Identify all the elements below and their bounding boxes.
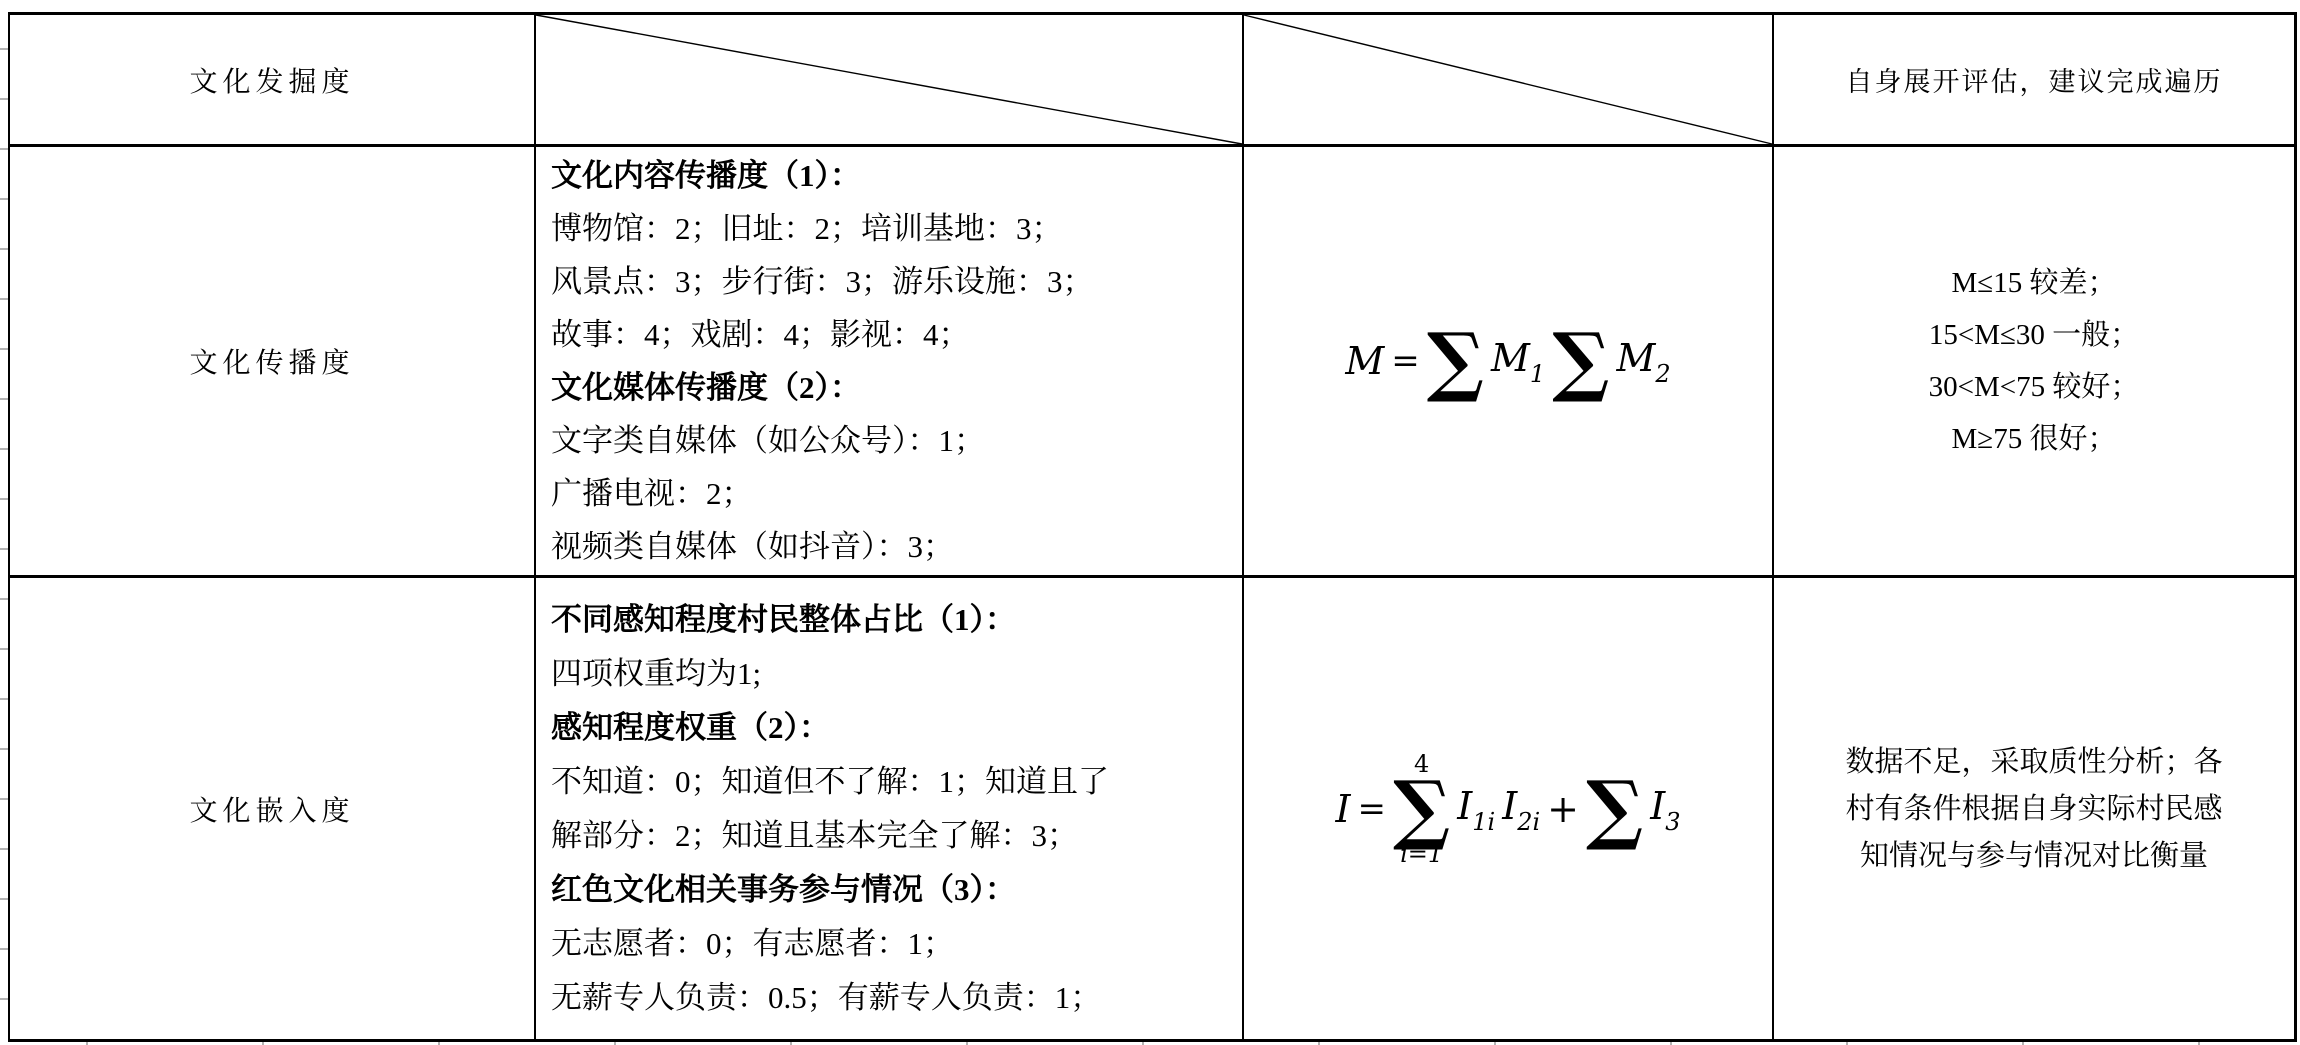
grade-line: 30<M<75 较好； — [1774, 361, 2294, 413]
criteria-line: 四项权重均为1; — [551, 647, 1242, 701]
grade-line: 15<M≤30 一般； — [1774, 309, 2294, 361]
row-divider-2 — [8, 575, 2297, 578]
formula-i-term1: I1i — [1457, 784, 1495, 834]
sigma-symbol: ∑ — [1393, 778, 1450, 840]
formula-m-equals: = — [1391, 341, 1420, 381]
criteria-line: 无志愿者：0；有志愿者：1； — [551, 917, 1242, 971]
criteria-line: 文化内容传播度（1）： — [551, 149, 1242, 202]
grade-line: M≤15 较差； — [1774, 257, 2294, 309]
diagonal-line-col3 — [1244, 15, 1772, 144]
criteria-line: 红色文化相关事务参与情况（3）： — [551, 863, 1242, 917]
formula-m-term2: M2 — [1616, 336, 1670, 386]
row1-indicator-label: 文化发掘度 — [189, 60, 354, 100]
sigma-symbol: ∑ — [1427, 330, 1484, 392]
row3-criteria-cell: 不同感知程度村民整体占比（1）： 四项权重均为1; 感知程度权重（2）： 不知道… — [536, 579, 1242, 1039]
criteria-line: 故事：4；戏剧：4；影视：4； — [551, 308, 1242, 361]
criteria-line: 不知道：0；知道但不了解：1；知道且了 — [551, 755, 1242, 809]
note-line: 知情况与参与情况对比衡量 — [1774, 833, 2294, 880]
formula-m-lhs: M — [1345, 339, 1384, 383]
diagonal-line-col2 — [536, 15, 1242, 144]
note-line: 村有条件根据自身实际村民感 — [1774, 786, 2294, 833]
formula-m-term1: M1 — [1491, 336, 1545, 386]
table-border-right — [2294, 12, 2297, 1042]
left-edge-tick-marks — [0, 48, 8, 1033]
grade-line: M≥75 很好； — [1774, 413, 2294, 465]
sigma-with-limits: 4 ∑ i=1 — [1393, 752, 1450, 866]
table-border-bottom — [8, 1039, 2297, 1042]
note-line: 数据不足，采取质性分析；各 — [1774, 739, 2294, 786]
row2-grades-cell: M≤15 较差； 15<M≤30 一般； 30<M<75 较好； M≥75 很好… — [1774, 148, 2294, 574]
row3-note-cell: 数据不足，采取质性分析；各 村有条件根据自身实际村民感 知情况与参与情况对比衡量 — [1774, 579, 2294, 1039]
formula-i-lhs: I — [1335, 787, 1350, 831]
criteria-line: 视频类自媒体（如抖音）：3； — [551, 520, 1242, 573]
row1-indicator-cell: 文化发掘度 — [10, 15, 534, 144]
sigma-symbol: ∑ — [1586, 778, 1643, 840]
sigma-lower-limit: i=1 — [1400, 842, 1443, 866]
criteria-line: 风景点：3；步行街：3；游乐设施：3； — [551, 255, 1242, 308]
criteria-line: 文字类自媒体（如公众号）：1； — [551, 414, 1242, 467]
criteria-line: 不同感知程度村民整体占比（1）： — [551, 593, 1242, 647]
row-divider-1 — [8, 144, 2297, 147]
row2-indicator-label: 文化传播度 — [189, 341, 354, 381]
row3-indicator-label: 文化嵌入度 — [189, 789, 354, 829]
criteria-line: 感知程度权重（2）： — [551, 701, 1242, 755]
formula-i-term3: I3 — [1650, 784, 1680, 834]
plus-sign: + — [1547, 787, 1579, 831]
row2-indicator-cell: 文化传播度 — [10, 148, 534, 574]
row2-criteria-cell: 文化内容传播度（1）： 博物馆：2；旧址：2；培训基地：3； 风景点：3；步行街… — [536, 148, 1242, 574]
row1-note-text: 自身展开评估，建议完成遍历 — [1846, 60, 2223, 99]
row3-formula-cell: I = 4 ∑ i=1 I1i I2i + ∑ I3 — [1244, 579, 1772, 1039]
criteria-line: 文化媒体传播度（2）： — [551, 361, 1242, 414]
sigma-symbol: ∑ — [1552, 330, 1609, 392]
criteria-line: 解部分：2；知道且基本完全了解：3； — [551, 809, 1242, 863]
row1-note-cell: 自身展开评估，建议完成遍历 — [1774, 15, 2294, 144]
criteria-line: 无薪专人负责：0.5；有薪专人负责：1； — [551, 971, 1242, 1025]
row3-indicator-cell: 文化嵌入度 — [10, 579, 534, 1039]
formula-i-equals: = — [1357, 789, 1386, 829]
formula-i-term2: I2i — [1502, 784, 1540, 834]
document-table-page: 文化发掘度 自身展开评估，建议完成遍历 文化传播度 文化内容传播度（1）： 博物… — [0, 0, 2300, 1045]
criteria-line: 广播电视：2； — [551, 467, 1242, 520]
row2-formula-cell: M = ∑ M1 ∑ M2 — [1244, 148, 1772, 574]
criteria-line: 博物馆：2；旧址：2；培训基地：3； — [551, 202, 1242, 255]
